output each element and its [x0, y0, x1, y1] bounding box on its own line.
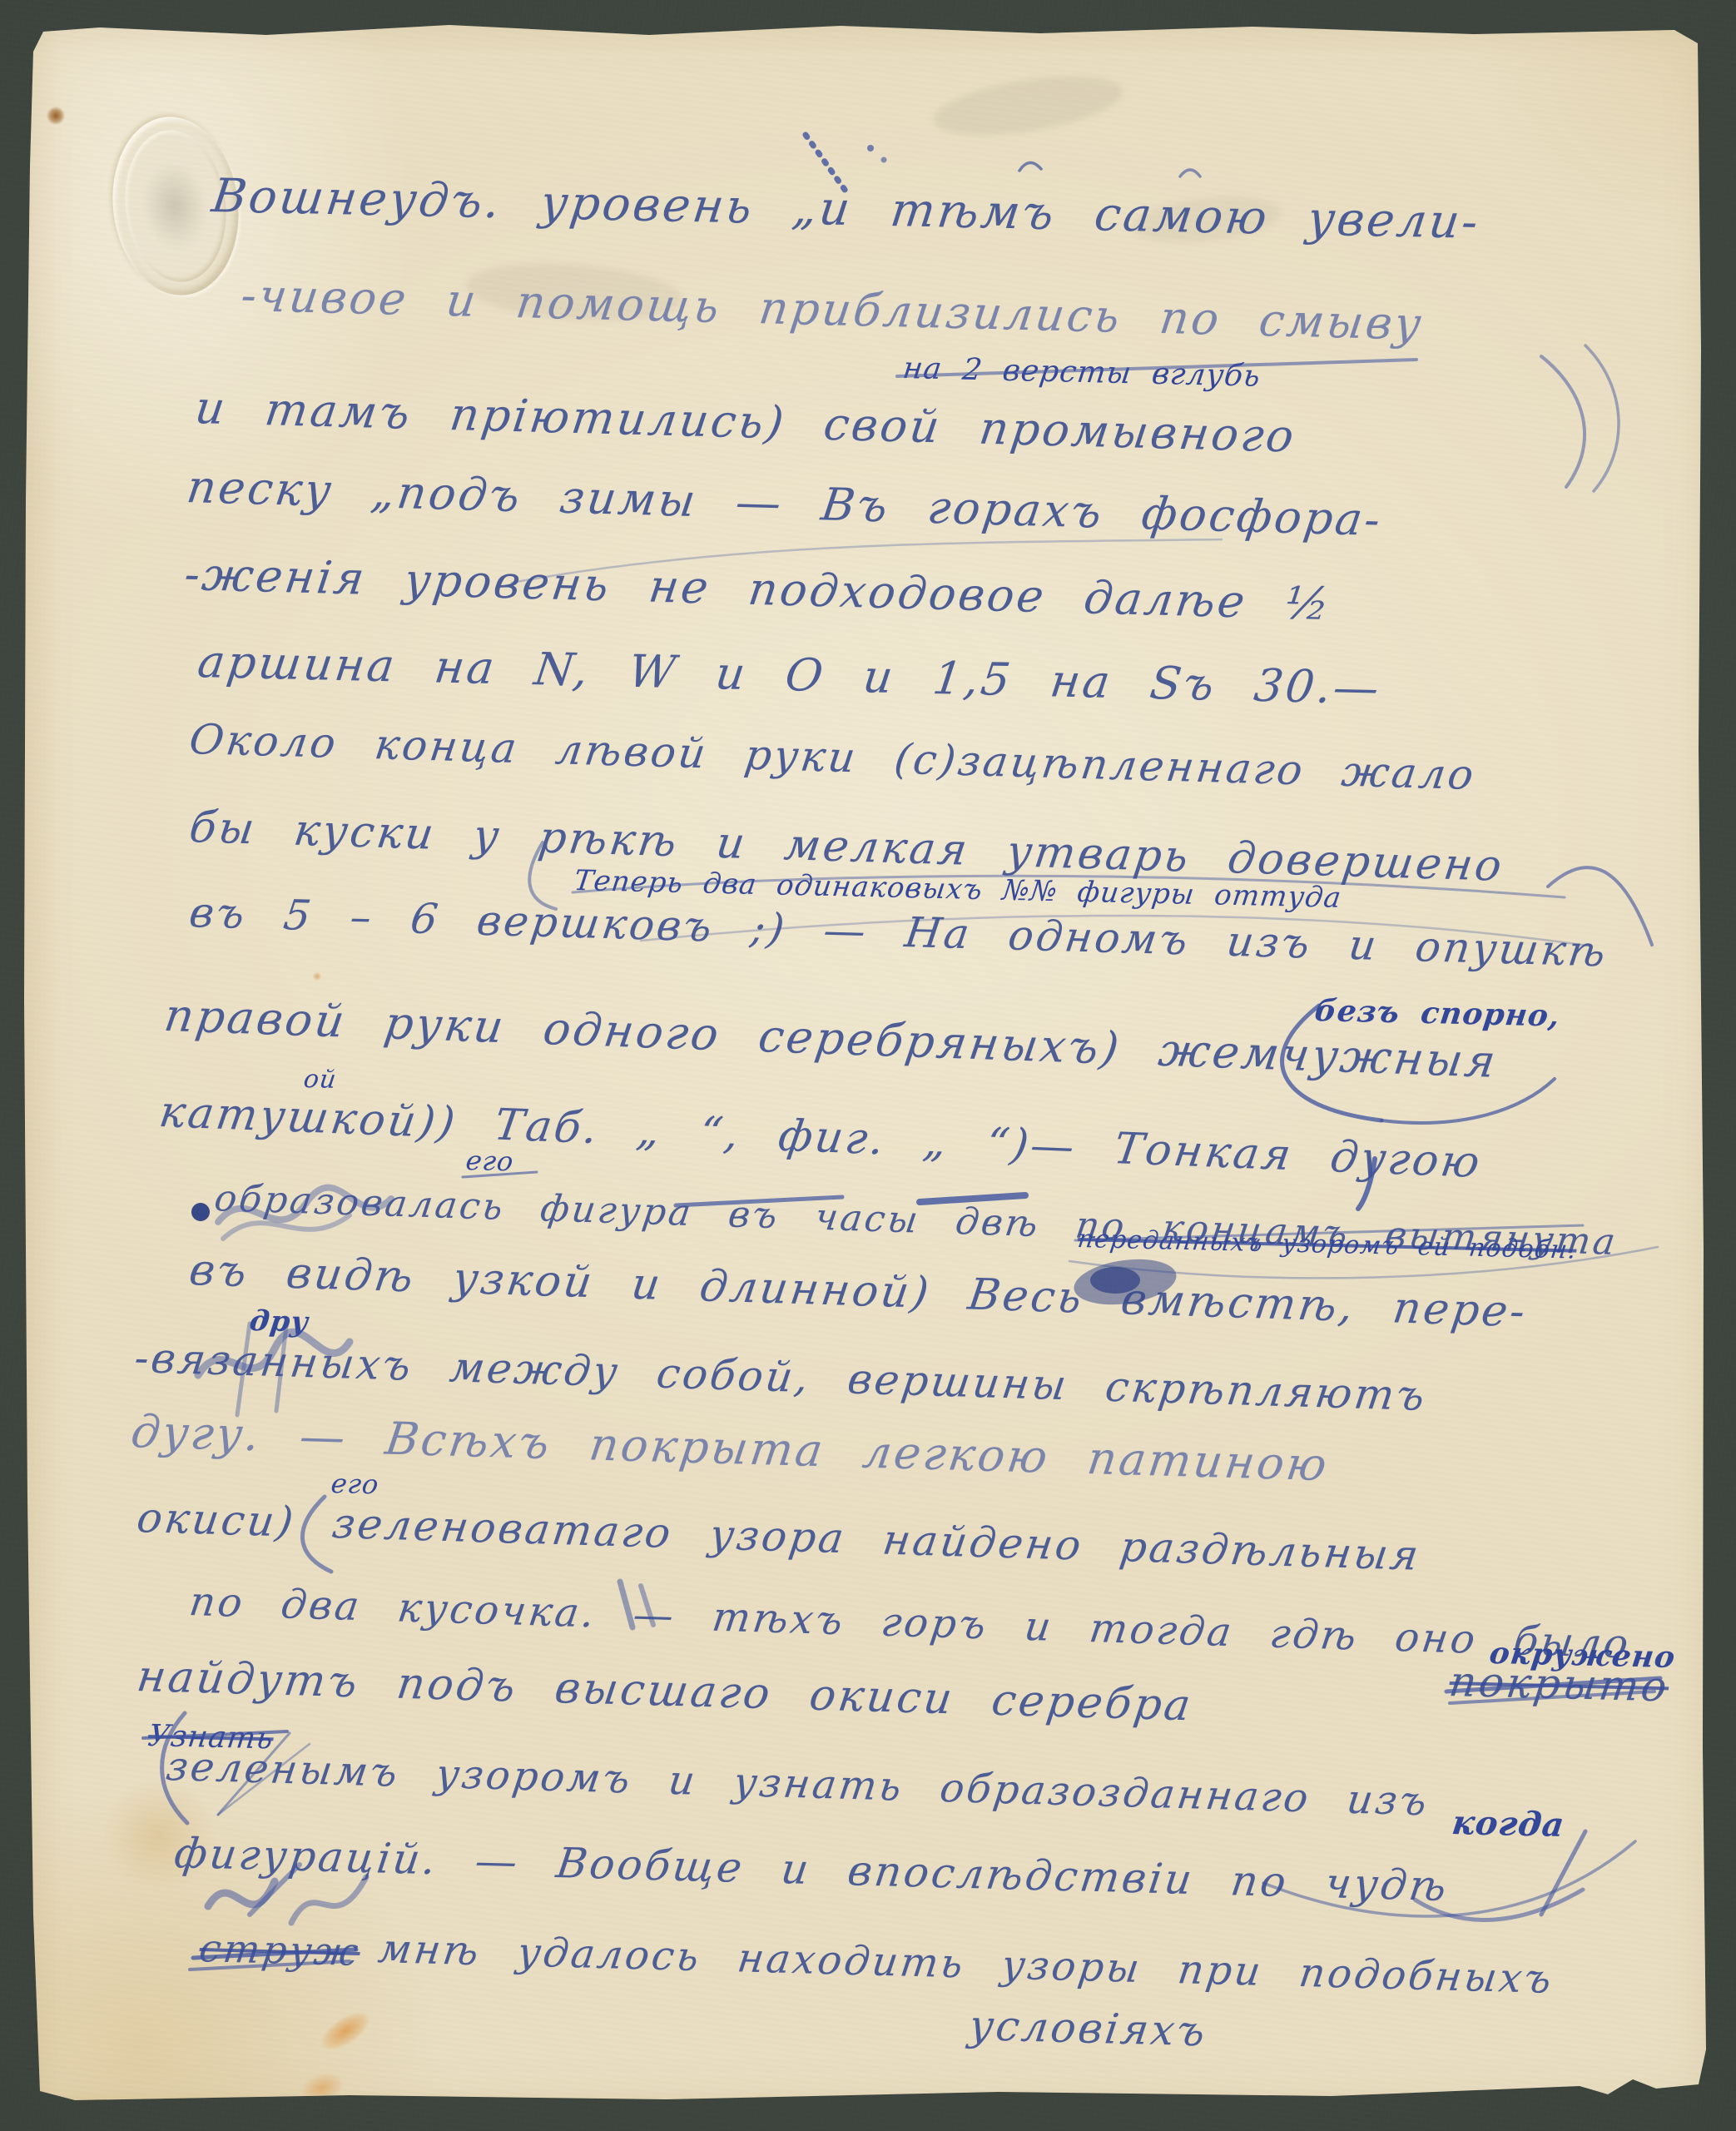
interlinear-insertion-ego-1: его — [464, 1147, 515, 1175]
struck-word-struzh: струж — [197, 1929, 363, 1971]
brown-ink-stain — [43, 103, 68, 128]
interlinear-insertion-kogda: когда — [1450, 1806, 1566, 1842]
interlinear-insertion-ego-2: его — [330, 1470, 380, 1498]
descender-flourish — [1585, 345, 1619, 491]
margin-insertion-struck: Узнать — [146, 1721, 275, 1754]
handwritten-line-15: дугу. — Всѣхъ покрыта легкою патиною — [128, 1409, 1332, 1488]
interlinear-insertion-depth: на 2 версты вглубь — [901, 354, 1262, 392]
overwrite-scribble — [208, 1881, 275, 1906]
handwritten-line-10: правой руки одного серебряныхъ) жемчужны… — [161, 993, 1500, 1085]
handwritten-line-7: Около конца лѣвой руки (с)зацѣпленнаго ж… — [187, 718, 1479, 796]
caret-mark — [1019, 162, 1041, 171]
photographed-manuscript: Вошнеудъ. уровень „и тѣмъ самою увели- -… — [0, 0, 1736, 2131]
handwritten-line-14: -вязанныхъ между собой, вершины скрѣпляю… — [132, 1337, 1430, 1417]
caret-mark — [1180, 170, 1200, 176]
handwritten-line-4: песку „подъ зимы — Въ горахъ фосфора- — [184, 464, 1385, 543]
struck-word-pokryto: покрыто — [1447, 1661, 1672, 1707]
show-through-smudge — [930, 65, 1127, 146]
interlinear-insertion-bezsporno: безъ спорно, — [1313, 996, 1562, 1031]
handwritten-line-21: мнѣ удалось находить узоры при подобныхъ — [376, 1929, 1556, 1999]
ink-dot — [881, 157, 887, 163]
handwritten-line-13: въ видѣ узкой и длинной) Весь вмѣстѣ, пе… — [186, 1249, 1530, 1334]
handwritten-line-18: найдутъ подъ высшаго окиси серебра — [135, 1655, 1196, 1727]
handwritten-line-17: по два кусочка. — тѣхъ горъ и тогда гдѣ … — [187, 1582, 1633, 1664]
handwritten-line-1: Вошнеудъ. уровень „и тѣмъ самою увели- — [209, 173, 1482, 246]
handwritten-line-5: -женія уровень не подходовое далѣе ½ — [181, 552, 1334, 627]
handwritten-line-3: и тамъ пріютились) свой промывного — [192, 385, 1298, 459]
orange-speck — [311, 971, 323, 982]
handwritten-line-2: -чивое и помощь приблизились по смыву — [239, 273, 1426, 347]
orange-stain-bottom — [306, 1997, 384, 2064]
ink-blot — [191, 1203, 210, 1221]
interlinear-insertion-oi: ой — [302, 1067, 338, 1093]
descender-flourish — [1541, 356, 1585, 487]
ink-dot — [867, 145, 874, 152]
orange-stain-bottom-edge — [289, 2061, 355, 2114]
handwritten-line-16: окиси) зеленоватаго узора найдено раздѣл… — [135, 1497, 1424, 1577]
handwritten-line-22: условіяхъ — [967, 2004, 1210, 2052]
handwritten-line-6: аршина на N, W и О и 1,5 на Sъ 30.— — [196, 639, 1384, 711]
handwritten-line-20: фигурацій. — Вообще и впослѣдствіи по чу… — [172, 1832, 1451, 1907]
interlinear-insertion-dru: дру — [248, 1307, 310, 1337]
handwritten-line-19: зеленымъ узоромъ и узнать образозданнаго… — [164, 1746, 1431, 1821]
overwrite-scribble — [291, 1877, 366, 1923]
handwritten-line-11: катушкой)) Таб. „ “, фиг. „ “)— Тонкая д… — [156, 1090, 1485, 1185]
paper-sheet: Вошнеудъ. уровень „и тѣмъ самою увели- -… — [0, 0, 1736, 2131]
